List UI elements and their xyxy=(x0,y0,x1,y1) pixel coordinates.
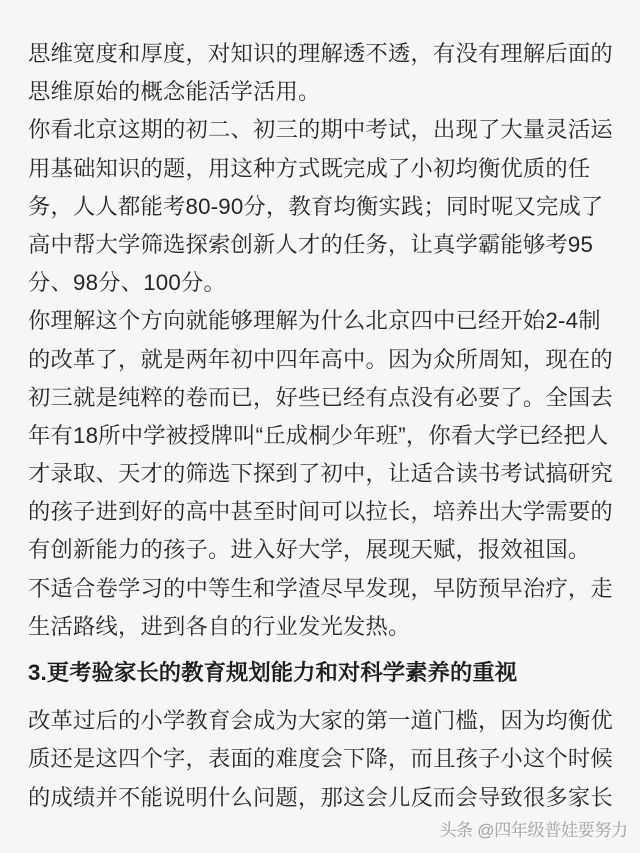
article-line: 才录取、天才的筛选下探到了初中，让适合读书考试搞研究 xyxy=(28,455,612,493)
article-line: 不适合卷学习的中等生和学渣尽早发现，早防预早治疗，走 xyxy=(28,570,612,608)
article-line: 年有18所中学被授牌叫“丘成桐少年班”，你看大学已经把人 xyxy=(28,417,612,455)
article-line: 务，人人都能考80-90分，教育均衡实践；同时呢又完成了 xyxy=(28,188,612,226)
article-line: 你看北京这期的初二、初三的期中考试，出现了大量灵活运 xyxy=(28,111,612,149)
article-line: 质还是这四个字，表面的难度会下降，而且孩子小这个时候 xyxy=(28,740,612,778)
article-page: 思维宽度和厚度，对知识的理解透不透，有没有理解后面的 思维原始的概念能活学活用。… xyxy=(0,0,640,853)
article-line: 的成绩并不能说明什么问题，那这会儿反而会导致很多家长 xyxy=(28,779,612,817)
article-line: 高中帮大学筛选探索创新人才的任务，让真学霸能够考95 xyxy=(28,226,612,264)
article-line: 思维原始的概念能活学活用。 xyxy=(28,73,612,111)
watermark-credit: 头条 @四年级普娃要努力 xyxy=(440,816,628,841)
article-line: 有创新能力的孩子。进入好大学，展现天赋，报效祖国。 xyxy=(28,531,612,569)
article-line: 的改革了，就是两年初中四年高中。因为众所周知，现在的 xyxy=(28,341,612,379)
article-line: 分、98分、100分。 xyxy=(28,264,612,302)
article-line: 你理解这个方向就能够理解为什么北京四中已经开始2-4制 xyxy=(28,302,612,340)
article-line: 改革过后的小学教育会成为大家的第一道门槛，因为均衡优 xyxy=(28,702,612,740)
article-line: 生活路线，进到各自的行业发光发热。 xyxy=(28,608,612,646)
article-text-column: 思维宽度和厚度，对知识的理解透不透，有没有理解后面的 思维原始的概念能活学活用。… xyxy=(28,35,612,817)
article-line: 的孩子进到好的高中甚至时间可以拉长，培养出大学需要的 xyxy=(28,493,612,531)
article-line: 用基础知识的题，用这种方式既完成了小初均衡优质的任 xyxy=(28,150,612,188)
article-line: 初三就是纯粹的卷而已，好些已经有点没有必要了。全国去 xyxy=(28,379,612,417)
section-heading: 3.更考验家长的教育规划能力和对科学素养的重视 xyxy=(28,654,612,692)
article-line: 思维宽度和厚度，对知识的理解透不透，有没有理解后面的 xyxy=(28,35,612,73)
